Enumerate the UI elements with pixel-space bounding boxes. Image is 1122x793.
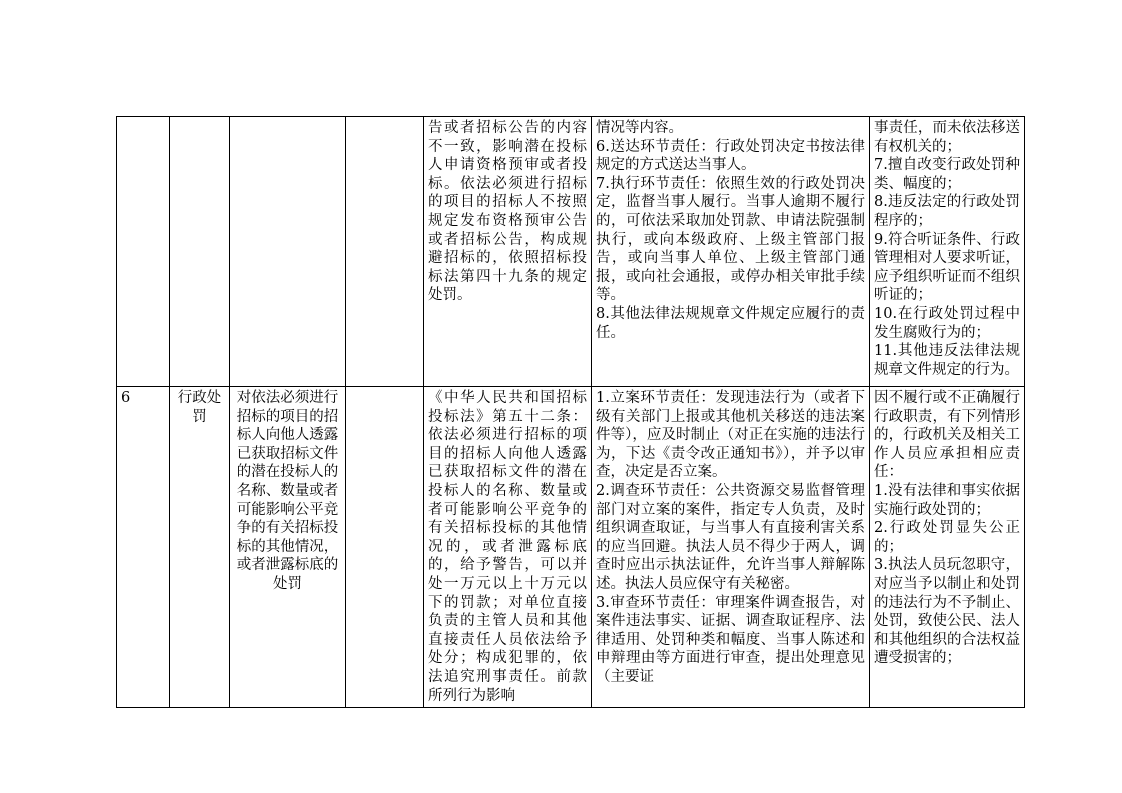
cell-seq: 6 [117, 387, 170, 708]
cell-legal-basis: 告或者招标公告的内容不一致，影响潜在投标人申请资格预审或者投标。依法必须进行招标… [424, 117, 592, 387]
cell-legal-basis: 《中华人民共和国招标投标法》第五十二条：依法必须进行招标的项目的招标人向他人透露… [424, 387, 592, 708]
cell-category [170, 117, 230, 387]
accountability-text: 因不履行或不正确履行行政职责，有下列情形的，行政机关及相关工作人员应承担相应责任… [874, 389, 1020, 668]
legal-basis-text: 告或者招标公告的内容不一致，影响潜在投标人申请资格预审或者投标。依法必须进行招标… [428, 119, 587, 305]
legal-basis-text: 《中华人民共和国招标投标法》第五十二条：依法必须进行招标的项目的招标人向他人透露… [428, 389, 587, 705]
cell-duties: 情况等内容。 6.送达环节责任：行政处罚决定书按法律规定的方式送达当事人。 7.… [592, 117, 870, 387]
table-row-continuation: 告或者招标公告的内容不一致，影响潜在投标人申请资格预审或者投标。依法必须进行招标… [117, 117, 1025, 387]
cell-accountability: 因不履行或不正确履行行政职责，有下列情形的，行政机关及相关工作人员应承担相应责任… [870, 387, 1025, 708]
cell-duties: 1.立案环节责任：发现违法行为（或者下级有关部门上报或其他机关移送的违法案件等）… [592, 387, 870, 708]
document-page: 告或者招标公告的内容不一致，影响潜在投标人申请资格预审或者投标。依法必须进行招标… [0, 0, 1122, 793]
cell-accountability: 事责任，而未依法移送有权机关的； 7.擅自改变行政处罚种类、幅度的； 8.违反法… [870, 117, 1025, 387]
category-text: 行政处罚 [174, 389, 225, 426]
duties-text: 1.立案环节责任：发现违法行为（或者下级有关部门上报或其他机关移送的违法案件等）… [596, 389, 865, 687]
item-text: 对依法必须进行招标的项目的招标人向他人透露已获取招标文件的潜在投标人的名称、数量… [234, 389, 341, 594]
cell-blank [346, 117, 424, 387]
cell-seq [117, 117, 170, 387]
cell-item: 对依法必须进行招标的项目的招标人向他人透露已获取招标文件的潜在投标人的名称、数量… [230, 387, 346, 708]
accountability-text: 事责任，而未依法移送有权机关的； 7.擅自改变行政处罚种类、幅度的； 8.违反法… [874, 119, 1020, 379]
cell-blank [346, 387, 424, 708]
cell-item [230, 117, 346, 387]
responsibility-table: 告或者招标公告的内容不一致，影响潜在投标人申请资格预审或者投标。依法必须进行招标… [116, 116, 1025, 708]
duties-text: 情况等内容。 6.送达环节责任：行政处罚决定书按法律规定的方式送达当事人。 7.… [596, 119, 865, 342]
table-row-6: 6 行政处罚 对依法必须进行招标的项目的招标人向他人透露已获取招标文件的潜在投标… [117, 387, 1025, 708]
cell-category: 行政处罚 [170, 387, 230, 708]
seq-text: 6 [121, 389, 165, 408]
